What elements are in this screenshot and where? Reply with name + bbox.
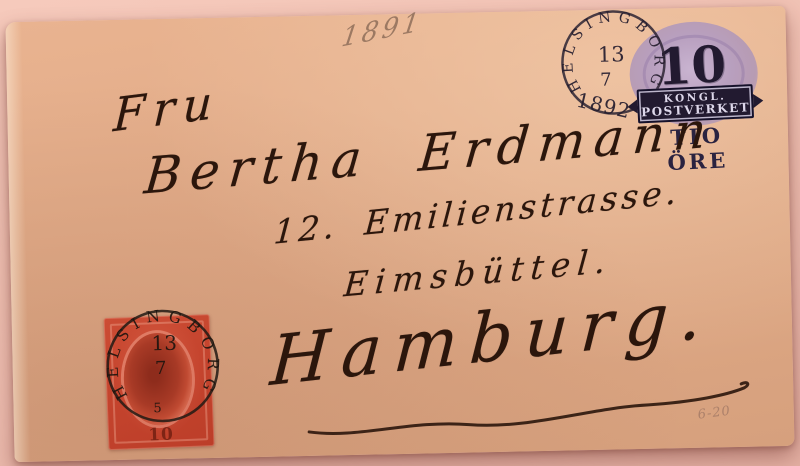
hamburg-underline [298,378,764,448]
postmark-month: 7 [600,70,612,91]
address-salutation: Fru [112,74,221,142]
postmark-day: 13 [151,331,177,356]
postmark-time-mark: 5 [153,401,162,416]
envelope: 1891 10 HELSINGBORG 13 7 1892 KONGL. POS… [5,6,794,462]
pencil-year-note: 1891 [339,6,424,54]
postmark-day: 13 [598,42,625,67]
helsingborg-postmark-bottom: HELSINGBORG 13 7 5 [99,303,230,434]
photo-backdrop: 1891 10 HELSINGBORG 13 7 1892 KONGL. POS… [0,0,800,466]
postmark-month: 7 [155,358,167,379]
